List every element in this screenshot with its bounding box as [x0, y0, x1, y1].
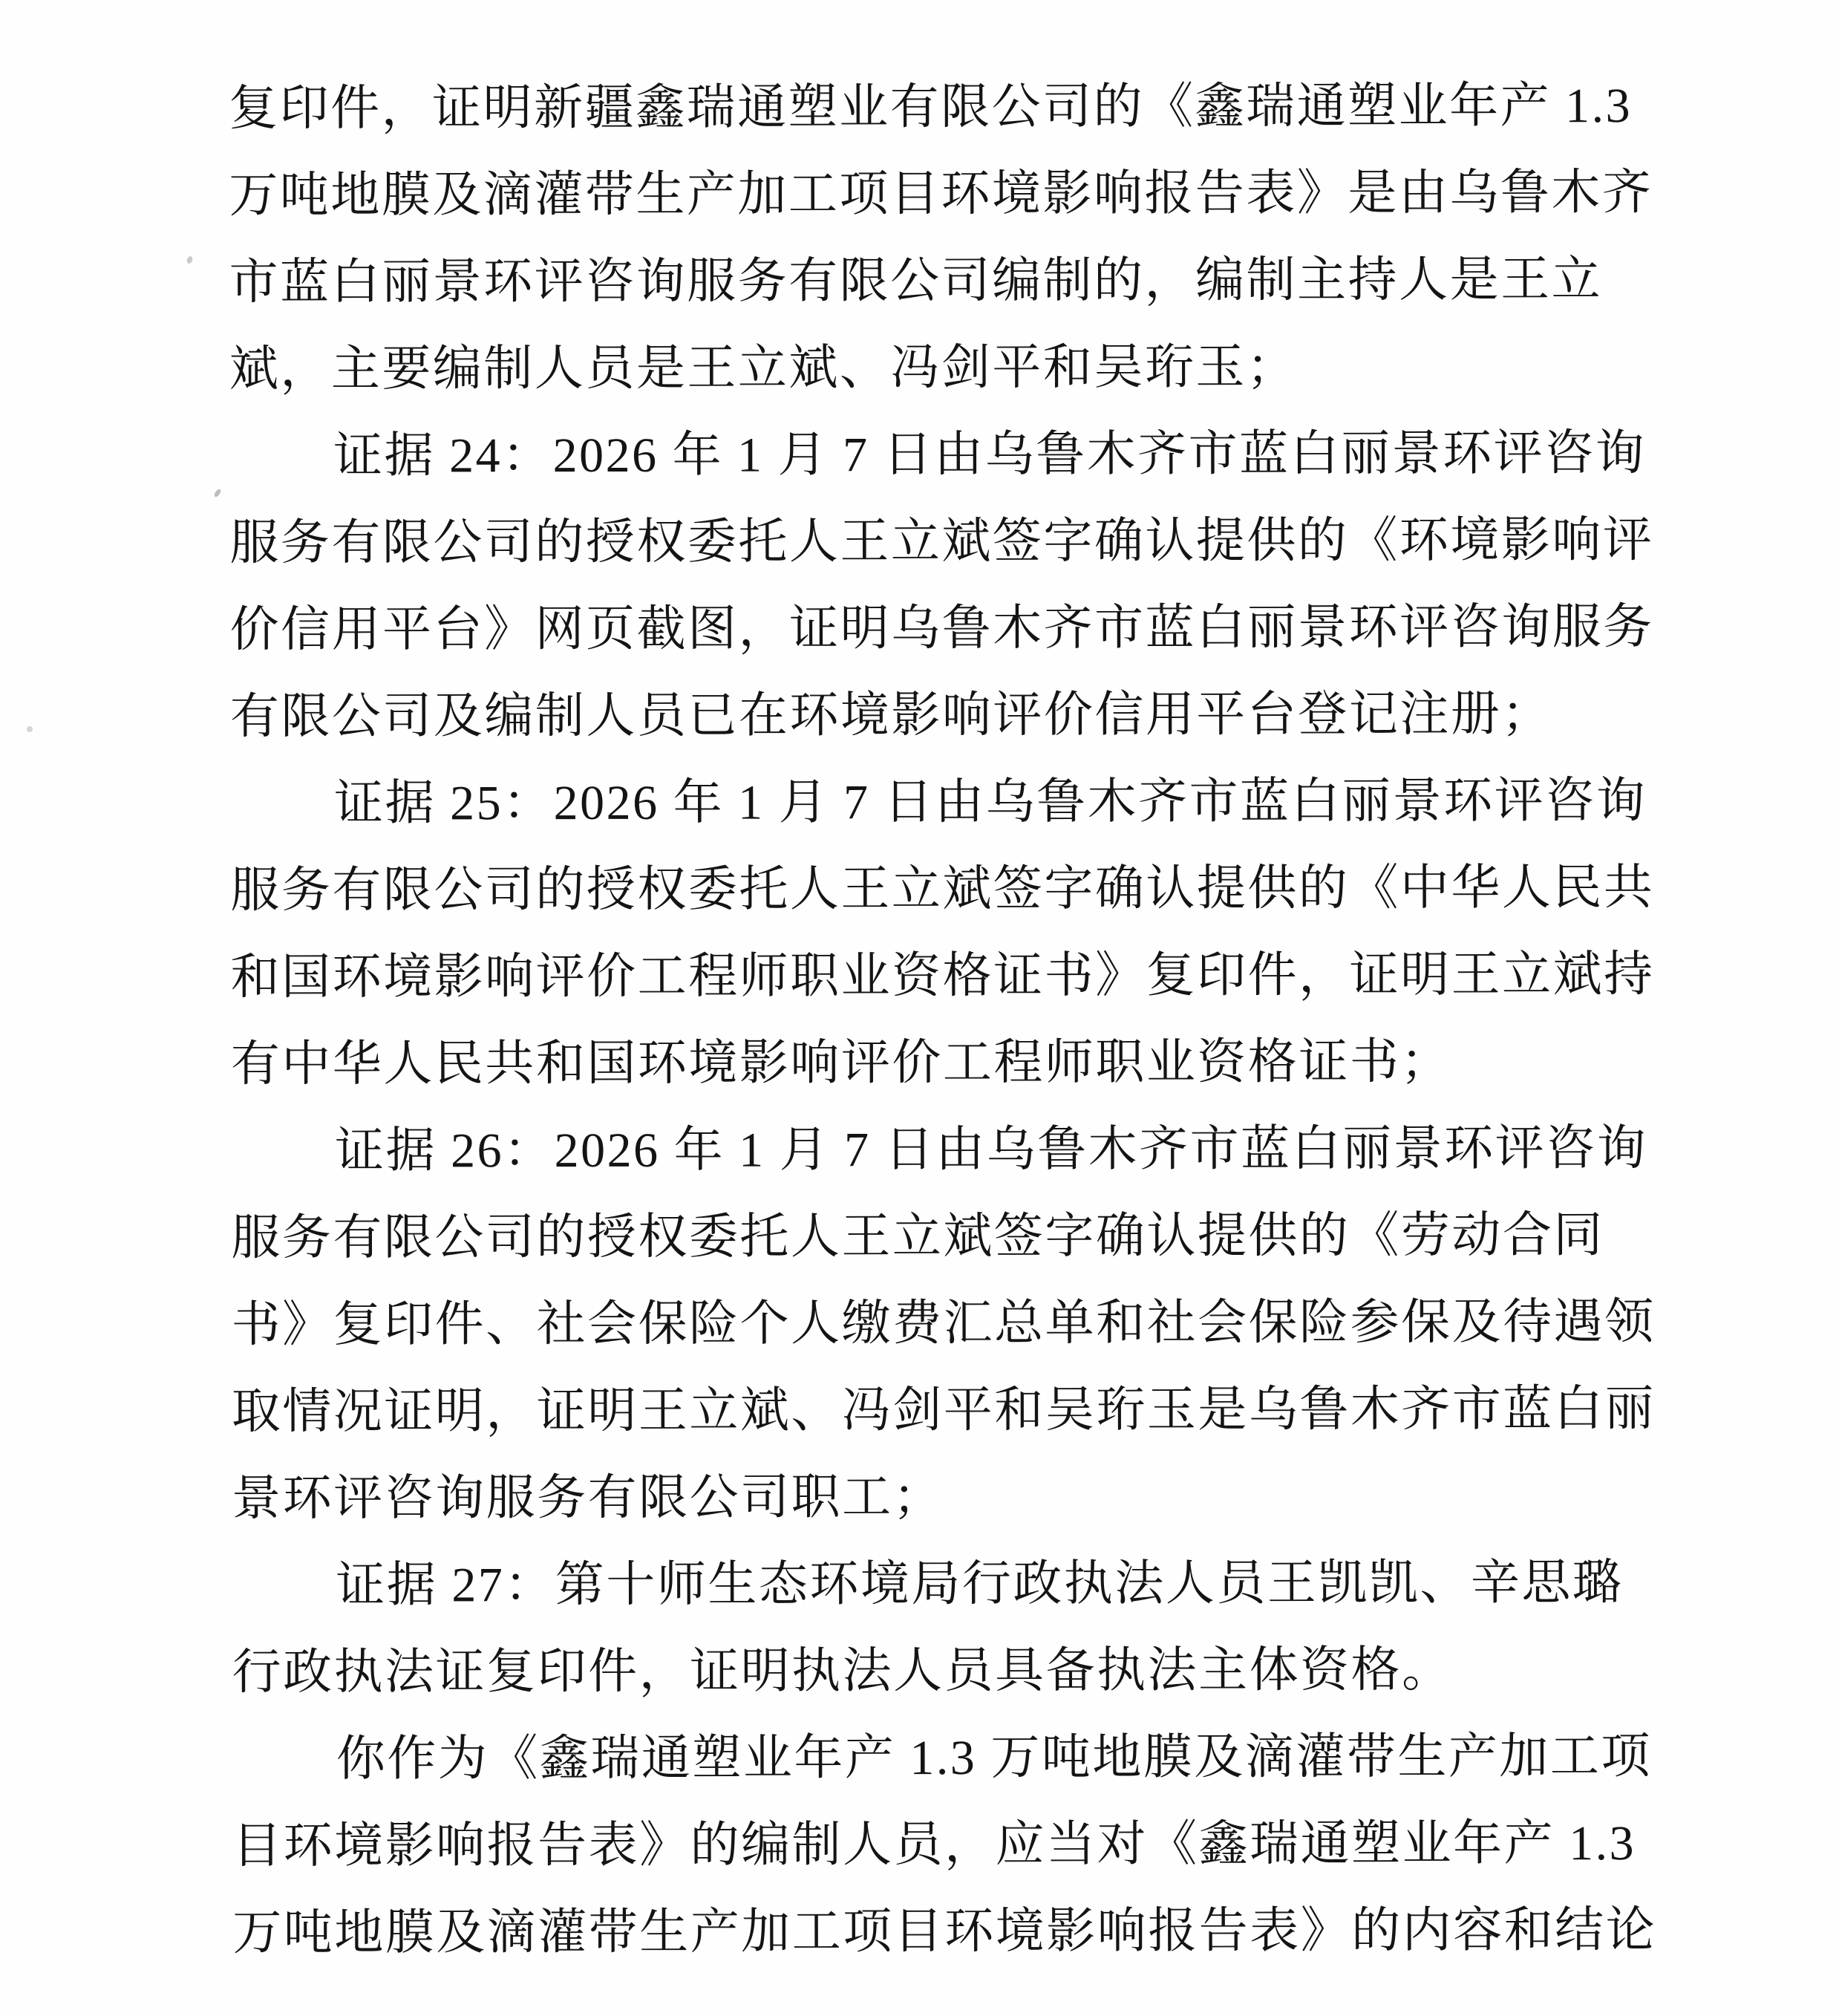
scan-artifact [27, 726, 33, 732]
text-line: 价信用平台》网页截图，证明乌鲁木齐市蓝白丽景环评咨询服务 [229, 584, 1616, 673]
text-line: 书》复印件、社会保险个人缴费汇总单和社会保险参保及待遇领 [231, 1279, 1618, 1369]
text-line: 取情况证明，证明王立斌、冯剑平和吴珩玉是乌鲁木齐市蓝白丽 [232, 1366, 1618, 1455]
text-line: 服务有限公司的授权委托人王立斌签字确认提供的《环境影响评 [229, 497, 1616, 587]
text-line: 有限公司及编制人员已在环境影响评价信用平台登记注册； [230, 671, 1617, 760]
text-line: 证据 27：第十师生态环境局行政执法人员王凯凯、辛思璐 [232, 1539, 1618, 1629]
scan-artifact [186, 255, 194, 264]
text-line: 斌，主要编制人员是王立斌、冯剑平和吴珩玉； [229, 323, 1616, 413]
text-line: 市蓝白丽景环评咨询服务有限公司编制的，编制主持人是王立 [229, 236, 1616, 326]
text-line: 证据 24：2026 年 1 月 7 日由乌鲁木齐市蓝白丽景环评咨询 [229, 410, 1616, 500]
text-line: 行政执法证复印件，证明执法人员具备执法主体资格。 [232, 1626, 1618, 1716]
text-line: 万吨地膜及滴灌带生产加工项目环境影响报告表》是由乌鲁木齐 [229, 149, 1616, 239]
scanned-document-page: 复印件，证明新疆鑫瑞通塑业有限公司的《鑫瑞通塑业年产 1.3万吨地膜及滴灌带生产… [0, 0, 1839, 2016]
text-line: 你作为《鑫瑞通塑业年产 1.3 万吨地膜及滴灌带生产加工项 [232, 1713, 1619, 1803]
text-line: 景环评咨询服务有限公司职工； [232, 1452, 1618, 1542]
text-line: 复印件，证明新疆鑫瑞通塑业有限公司的《鑫瑞通塑业年产 1.3 [229, 62, 1616, 152]
text-line: 证据 26：2026 年 1 月 7 日由乌鲁木齐市蓝白丽景环评咨询 [231, 1105, 1618, 1195]
text-line: 万吨地膜及滴灌带生产加工项目环境影响报告表》的内容和结论 [232, 1887, 1619, 1977]
text-line: 和国环境影响评价工程师职业资格证书》复印件，证明王立斌持 [230, 931, 1617, 1021]
scan-artifact [213, 488, 222, 498]
text-line: 服务有限公司的授权委托人王立斌签字确认提供的《中华人民共 [230, 844, 1617, 934]
text-line: 目环境影响报告表》的编制人员，应当对《鑫瑞通塑业年产 1.3 [232, 1800, 1619, 1890]
text-line: 证据 25：2026 年 1 月 7 日由乌鲁木齐市蓝白丽景环评咨询 [230, 757, 1617, 847]
text-line: 服务有限公司的授权委托人王立斌签字确认提供的《劳动合同 [231, 1192, 1618, 1282]
document-text-block: 复印件，证明新疆鑫瑞通塑业有限公司的《鑫瑞通塑业年产 1.3万吨地膜及滴灌带生产… [229, 62, 1619, 1977]
text-line: 有中华人民共和国环境影响评价工程师职业资格证书； [231, 1018, 1618, 1108]
